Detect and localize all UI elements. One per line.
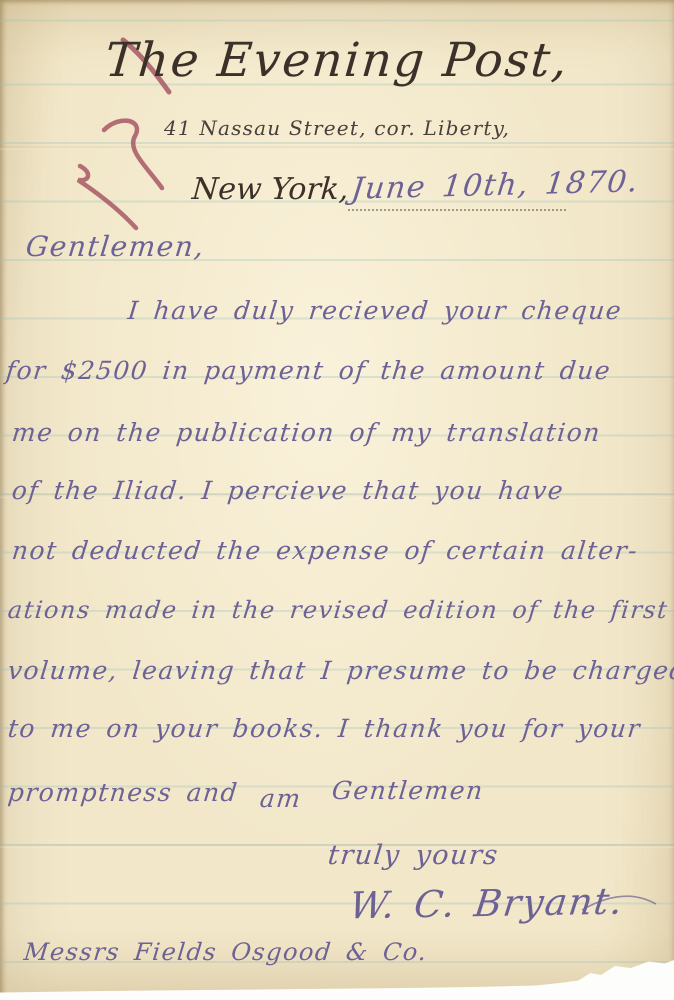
body-line: me on the publication of my translation xyxy=(10,418,602,447)
body-line: for $2500 in payment of the amount due xyxy=(4,356,612,385)
letter-paper: 72 The Evening Post, 41 Nassau Street, c… xyxy=(0,0,674,1000)
body-line: I have duly recieved your cheque xyxy=(126,296,623,325)
body-line: not deducted the expense of certain alte… xyxy=(10,536,639,565)
closing-line-left: promptness and xyxy=(6,778,239,807)
signature-flourish-icon xyxy=(580,884,660,924)
body-line: ations made in the revised edition of th… xyxy=(7,596,670,624)
letter-scan: 72 The Evening Post, 41 Nassau Street, c… xyxy=(0,0,674,1000)
closing-line-right: Gentlemen xyxy=(330,776,485,805)
masthead-city: New York, xyxy=(191,172,350,207)
closing-line-mid: am xyxy=(258,784,303,813)
masthead-title: The Evening Post, xyxy=(0,33,674,88)
date-dotted-rule xyxy=(348,209,566,211)
addressee: Messrs Fields Osgood & Co. xyxy=(23,938,430,966)
salutation: Gentlemen, xyxy=(24,230,206,263)
valediction: truly yours xyxy=(326,840,500,871)
body-line: volume, leaving that I presume to be cha… xyxy=(6,656,674,685)
masthead-address: 41 Nassau Street, cor. Liberty, xyxy=(0,116,674,140)
body-line: of the Iliad. I percieve that you have xyxy=(10,476,565,505)
body-line: to me on your books. I thank you for you… xyxy=(6,714,642,743)
